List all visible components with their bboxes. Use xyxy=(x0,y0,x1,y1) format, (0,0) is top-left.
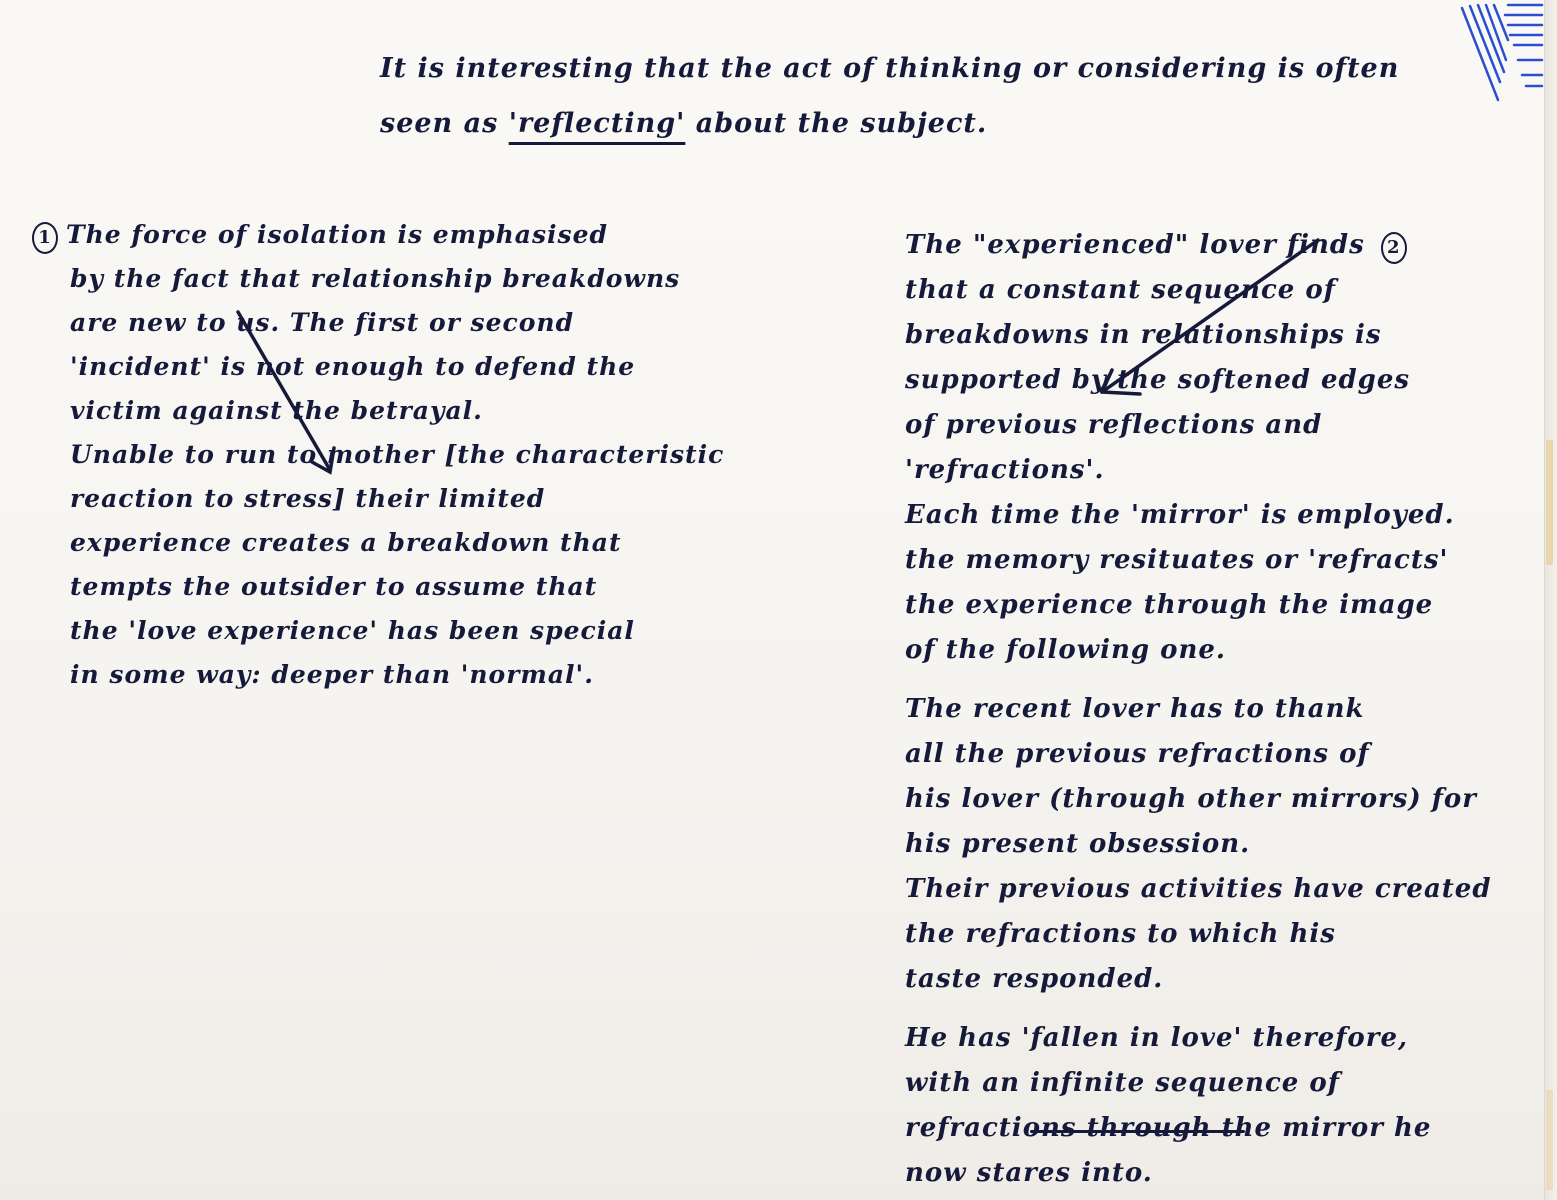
closing-rule xyxy=(1030,1130,1245,1133)
note-1: 1The force of isolation is emphasised by… xyxy=(32,222,724,706)
note-paragraph: He has 'fallen in love' therefore, with … xyxy=(905,1025,1492,1200)
note-2: The "experienced" lover finds 2 that a c… xyxy=(905,232,1492,1200)
note-line: victim against the betrayal. xyxy=(32,398,724,442)
note-line: The recent lover has to thank xyxy=(905,696,1492,741)
note-line: that a constant sequence of xyxy=(905,277,1492,322)
tape-mark xyxy=(1546,440,1553,565)
intro-line: seen as 'reflecting' about the subject. xyxy=(380,110,1399,165)
intro-line: It is interesting that the act of thinki… xyxy=(380,55,1399,110)
note-line: Their previous activities have created xyxy=(905,876,1492,921)
tape-mark xyxy=(1546,1090,1553,1190)
note-line: taste responded. xyxy=(905,966,1492,1011)
note-line: by the fact that relationship breakdowns xyxy=(32,266,724,310)
note-line: in some way: deeper than 'normal'. xyxy=(32,662,724,706)
note-line: Each time the 'mirror' is employed. xyxy=(905,502,1492,547)
note-paragraph: The "experienced" lover finds 2 that a c… xyxy=(905,232,1492,502)
underlined-word: 'reflecting' xyxy=(509,108,686,139)
note-paragraph: Each time the 'mirror' is employed. the … xyxy=(905,502,1492,682)
note-line: supported by the softened edges xyxy=(905,367,1492,412)
note-line: 'incident' is not enough to defend the xyxy=(32,354,724,398)
note-paragraph: The recent lover has to thank all the pr… xyxy=(905,696,1492,876)
intro-text: about the subject. xyxy=(685,108,987,139)
intro-note: It is interesting that the act of thinki… xyxy=(380,55,1399,165)
note-line: the memory resituates or 'refracts' xyxy=(905,547,1492,592)
note-line: experience creates a breakdown that xyxy=(32,530,724,574)
note-line: the 'love experience' has been special xyxy=(32,618,724,662)
circled-number-icon: 2 xyxy=(1381,232,1407,264)
note-line: the experience through the image xyxy=(905,592,1492,637)
note-line: refractions through the mirror he xyxy=(905,1115,1492,1160)
note-line: of previous reflections and xyxy=(905,412,1492,457)
note-line: with an infinite sequence of xyxy=(905,1070,1492,1115)
note-line: are new to us. The first or second xyxy=(32,310,724,354)
note-line: the refractions to which his xyxy=(905,921,1492,966)
note-line: 'refractions'. xyxy=(905,457,1492,502)
note-line: He has 'fallen in love' therefore, xyxy=(905,1025,1492,1070)
circled-number-icon: 1 xyxy=(32,222,58,254)
paper-edge xyxy=(1544,0,1557,1200)
note-line: his present obsession. xyxy=(905,831,1492,876)
note-line: of the following one. xyxy=(905,637,1492,682)
note-line: breakdowns in relationships is xyxy=(905,322,1492,367)
note-line: The "experienced" lover finds 2 xyxy=(905,232,1492,277)
intro-text: seen as xyxy=(380,108,509,139)
note-line: all the previous refractions of xyxy=(905,741,1492,786)
note-line: tempts the outsider to assume that xyxy=(32,574,724,618)
note-line: reaction to stress] their limited xyxy=(32,486,724,530)
note-line: Unable to run to mother [the characteris… xyxy=(32,442,724,486)
note-paragraph: Their previous activities have created t… xyxy=(905,876,1492,1011)
note-line: his lover (through other mirrors) for xyxy=(905,786,1492,831)
note-line: 1The force of isolation is emphasised xyxy=(32,222,724,266)
note-line: now stares into. xyxy=(905,1160,1492,1200)
